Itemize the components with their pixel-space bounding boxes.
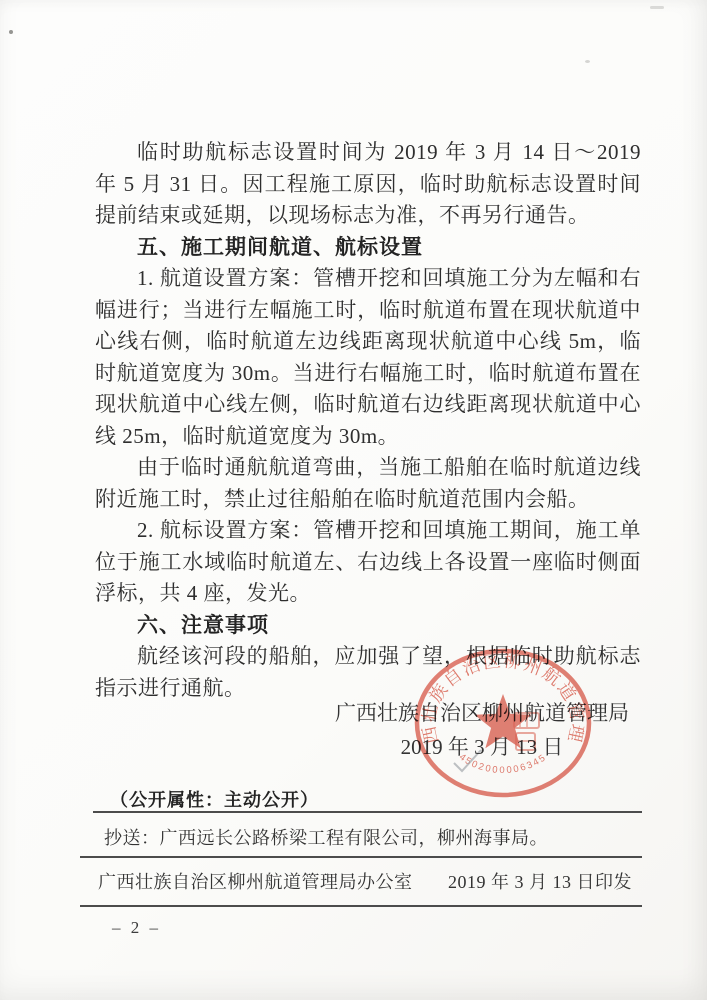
footer-divider-bottom [80, 905, 642, 907]
scan-speck [585, 60, 590, 63]
paragraph-no-meeting: 由于临时通航航道弯曲，当施工船舶在临时航道边线附近施工时，禁止过往船舶在临时航道… [95, 452, 641, 515]
section-heading-six: 六、注意事项 [95, 610, 641, 642]
paragraph-temporary-marks-time: 临时助航标志设置时间为 2019 年 3 月 14 日～2019 年 5 月 3… [95, 137, 641, 232]
section-heading-five: 五、施工期间航道、航标设置 [95, 232, 641, 264]
cc-recipients-line: 抄送：广西远长公路桥梁工程有限公司，柳州海事局。 [104, 824, 644, 850]
paragraph-channel-plan: 1. 航道设置方案：管槽开挖和回填施工分为左幅和右幅进行；当进行左幅施工时，临时… [95, 263, 641, 452]
scanned-notice-page: 临时助航标志设置时间为 2019 年 3 月 14 日～2019 年 5 月 3… [0, 0, 707, 1000]
official-red-seal: 广西壮族自治区柳州航道管理局 4502000006345 [408, 645, 598, 805]
footer-divider-top [93, 811, 642, 813]
notice-body: 临时助航标志设置时间为 2019 年 3 月 14 日～2019 年 5 月 3… [95, 137, 641, 704]
page-number: – 2 – [112, 918, 161, 938]
open-attribute-line: （公开属性：主动公开） [110, 786, 319, 812]
seal-star-icon [475, 694, 532, 748]
seal-code: 4502000006345 [457, 752, 549, 776]
scan-speck [9, 30, 13, 34]
scan-speck [650, 6, 664, 9]
issuing-office: 广西壮族自治区柳州航道管理局办公室 [98, 868, 413, 894]
footer-divider-middle [80, 856, 642, 858]
seal-code-node: 4502000006345 [457, 752, 549, 776]
paragraph-buoy-plan: 2. 航标设置方案：管槽开挖和回填施工期间，施工单位于施工水域临时航道左、右边线… [95, 515, 641, 610]
print-issuer-row: 广西壮族自治区柳州航道管理局办公室 2019 年 3 月 13 日印发 [98, 868, 632, 894]
print-date: 2019 年 3 月 13 日印发 [448, 868, 632, 894]
